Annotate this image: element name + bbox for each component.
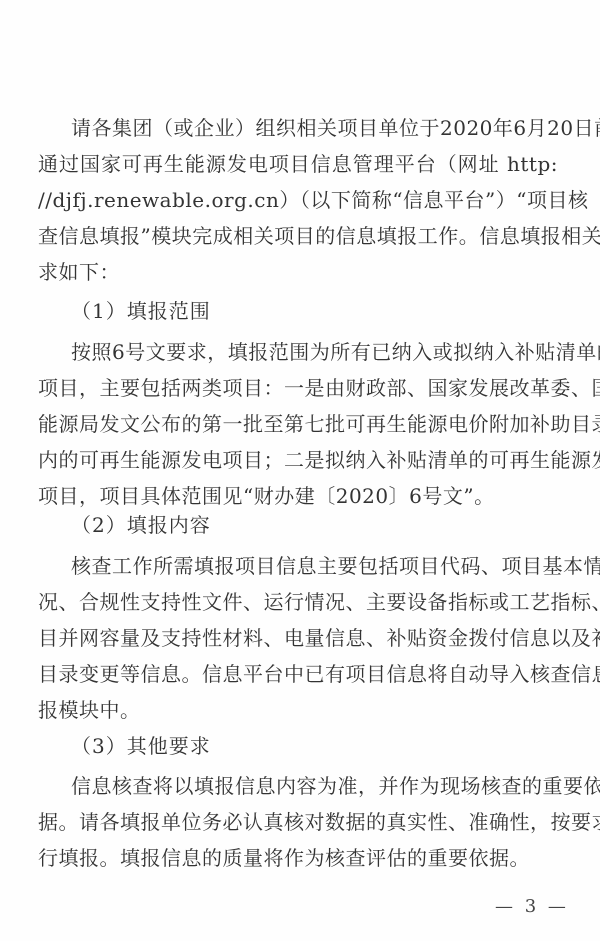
- section-1-line-1: 按照6号文要求，填报范围为所有已纳入或拟纳入补贴清单的: [71, 339, 558, 365]
- section-2-line-5: 报模块中。: [38, 697, 558, 723]
- intro-line-3: //djfj.renewable.org.cn）（以下简称“信息平台”）“项目核: [38, 187, 558, 213]
- section-2-line-2: 况、合规性支持性文件、运行情况、主要设备指标或工艺指标、项: [38, 589, 558, 615]
- intro-line-1: 请各集团（或企业）组织相关项目单位于2020年6月20日前: [71, 115, 558, 141]
- section-3-heading: （3）其他要求: [71, 733, 211, 759]
- intro-line-4: 查信息填报”模块完成相关项目的信息填报工作。信息填报相关要: [38, 223, 558, 249]
- section-1-line-3: 能源局发文公布的第一批至第七批可再生能源电价附加补助目录: [38, 411, 558, 437]
- section-1-heading: （1）填报范围: [71, 298, 211, 324]
- section-2-line-4: 目录变更等信息。信息平台中已有项目信息将自动导入核查信息填: [38, 661, 558, 687]
- section-1-line-5: 项目，项目具体范围见“财办建〔2020〕6号文”。: [38, 483, 558, 509]
- intro-line-5: 求如下：: [38, 259, 558, 285]
- section-2-line-3: 目并网容量及支持性材料、电量信息、补贴资金拨付信息以及补贴: [38, 625, 558, 651]
- page-number: — 3 —: [495, 896, 569, 917]
- section-2-line-1: 核查工作所需填报项目信息主要包括项目代码、项目基本情: [71, 553, 558, 579]
- intro-line-2: 通过国家可再生能源发电项目信息管理平台（网址 http:: [38, 151, 558, 177]
- section-3-line-3: 行填报。填报信息的质量将作为核查评估的重要依据。: [38, 845, 558, 871]
- section-1-line-2: 项目，主要包括两类项目：一是由财政部、国家发展改革委、国家: [38, 375, 558, 401]
- section-2-heading: （2）填报内容: [71, 512, 211, 538]
- section-1-line-4: 内的可再生能源发电项目；二是拟纳入补贴清单的可再生能源发电: [38, 447, 558, 473]
- section-3-line-2: 据。请各填报单位务必认真核对数据的真实性、准确性，按要求进: [38, 809, 558, 835]
- document-page: 请各集团（或企业）组织相关项目单位于2020年6月20日前 通过国家可再生能源发…: [0, 0, 600, 941]
- section-3-line-1: 信息核查将以填报信息内容为准，并作为现场核查的重要依: [71, 773, 558, 799]
